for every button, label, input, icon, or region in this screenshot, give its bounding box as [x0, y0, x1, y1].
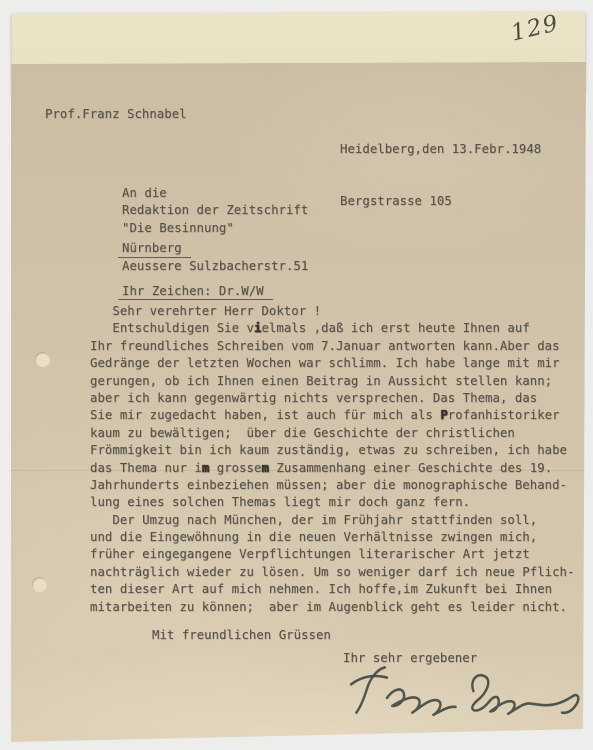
- underlined-text: Ihr Zeichen: Dr.W/W: [118, 284, 273, 301]
- body-text-segment: Sie mir zugedacht haben, ist auch für mi…: [90, 408, 440, 422]
- body-line: und die Eingewöhnung in die neuen Verhäl…: [90, 529, 574, 546]
- body-text-segment: lung eines solchen Themas liegt mir doch…: [90, 495, 470, 509]
- date-block: Heidelberg,den 13.Febr.1948 Bergstrasse …: [340, 106, 541, 245]
- signature-stroke-first-name: [387, 689, 456, 714]
- body-text-segment: ten dieser Art auf mich nehmen. Ich hoff…: [90, 582, 552, 596]
- recipient-line: "Die Besinnung": [122, 220, 308, 237]
- punch-hole-top: [35, 352, 50, 367]
- punch-hole-bottom: [32, 577, 47, 592]
- body-text-segment: das Thema nur i: [90, 461, 202, 475]
- letter-sheet: Prof.Franz Schnabel Heidelberg,den 13.Fe…: [11, 62, 586, 742]
- body-line: lung eines solchen Themas liegt mir doch…: [90, 494, 574, 511]
- body-text-segment: kaum zu bewältigen; über die Geschichte …: [90, 426, 515, 440]
- body-line: ten dieser Art auf mich nehmen. Ich hoff…: [90, 581, 574, 598]
- body-line: Ihr freundliches Schreiben vom 7.Januar …: [90, 338, 574, 355]
- recipient-line: Redaktion der Zeitschrift: [122, 202, 308, 219]
- body-line: kaum zu bewältigen; über die Geschichte …: [90, 425, 574, 442]
- signature-stroke-last-name: [472, 675, 578, 714]
- body-text-segment: aber ich kann gegenwärtig nichts verspre…: [90, 391, 537, 405]
- scan-background: 129 Prof.Franz Schnabel Heidelberg,den 1…: [0, 0, 593, 750]
- signature-stroke-f-stem: [356, 667, 384, 712]
- body-line: Der Umzug nach München, der im Frühjahr …: [90, 512, 574, 529]
- sender-name: Prof.Franz Schnabel: [45, 106, 187, 123]
- body-line: das Thema nur im grossem Zusammenhang ei…: [90, 460, 574, 477]
- body-line: früher eingegangene Verpflichtungen lite…: [90, 546, 574, 563]
- body-line: Sehr verehrter Herr Doktor !: [90, 303, 574, 320]
- body-text-segment: Sehr verehrter Herr Doktor !: [90, 304, 321, 318]
- overstrike-smudge: P: [440, 408, 447, 422]
- recipient-line: Nürnberg: [122, 240, 308, 257]
- overstrike-smudge: m: [261, 461, 268, 475]
- body-line: Jahrhunderts einbeziehen müssen; aber di…: [90, 477, 574, 494]
- sender-street-line: Bergstrasse 105: [340, 193, 541, 210]
- body-text-segment: Gedränge der letzten Wochen war schlimm.…: [90, 356, 560, 370]
- body-text-segment: gerungen, ob ich Ihnen einen Beitrag in …: [90, 374, 552, 388]
- body-line: Entschuldigen Sie vielmals ,daß ich erst…: [90, 320, 574, 337]
- body-text-segment: nachträglich wieder zu lösen. Um so weni…: [90, 565, 574, 579]
- body-line: mitarbeiten zu können; aber im Augenblic…: [90, 599, 574, 616]
- date-line: Heidelberg,den 13.Febr.1948: [340, 141, 541, 158]
- body-text-segment: grosse: [209, 461, 261, 475]
- recipient-line: An die: [122, 185, 308, 202]
- body-line: Gedränge der letzten Wochen war schlimm.…: [90, 355, 574, 372]
- body-line: aber ich kann gegenwärtig nichts verspre…: [90, 390, 574, 407]
- body-text-segment: elmals ,daß ich erst heute Ihnen auf: [261, 321, 529, 335]
- body-text-segment: rofanhistoriker: [448, 408, 560, 422]
- body-text-segment: Jahrhunderts einbeziehen müssen; aber di…: [90, 478, 567, 492]
- body-text-segment: Der Umzug nach München, der im Frühjahr …: [90, 513, 537, 527]
- body-line: Frömmigkeit bin ich kaum zuständig, etwa…: [90, 442, 574, 459]
- closing-salutation: Mit freundlichen Grüssen: [152, 627, 331, 644]
- underlined-text: Nürnberg: [118, 241, 191, 258]
- body-text-segment: Ihr freundliches Schreiben vom 7.Januar …: [90, 339, 560, 353]
- body-text-segment: Frömmigkeit bin ich kaum zuständig, etwa…: [90, 443, 567, 457]
- body-line: nachträglich wieder zu lösen. Um so weni…: [90, 564, 574, 581]
- recipient-line: Aeussere Sulzbacherstr.51: [122, 258, 308, 275]
- body-text-segment: Zusammenhang einer Geschichte des 19.: [269, 461, 552, 475]
- body-text-segment: Entschuldigen Sie v: [90, 321, 254, 335]
- letter-body: Sehr verehrter Herr Doktor ! Entschuldig…: [90, 303, 574, 616]
- recipient-line: Ihr Zeichen: Dr.W/W: [122, 283, 308, 300]
- signature-handwriting: [349, 664, 581, 716]
- body-line: Sie mir zugedacht haben, ist auch für mi…: [90, 407, 574, 424]
- body-text-segment: früher eingegangene Verpflichtungen lite…: [90, 547, 530, 561]
- body-text-segment: und die Eingewöhnung in die neuen Verhäl…: [90, 530, 537, 544]
- body-text-segment: mitarbeiten zu können; aber im Augenblic…: [90, 600, 567, 614]
- page-number-annotation: 129: [508, 10, 561, 46]
- body-line: gerungen, ob ich Ihnen einen Beitrag in …: [90, 373, 574, 390]
- recipient-address: An dieRedaktion der Zeitschrift"Die Besi…: [122, 185, 308, 300]
